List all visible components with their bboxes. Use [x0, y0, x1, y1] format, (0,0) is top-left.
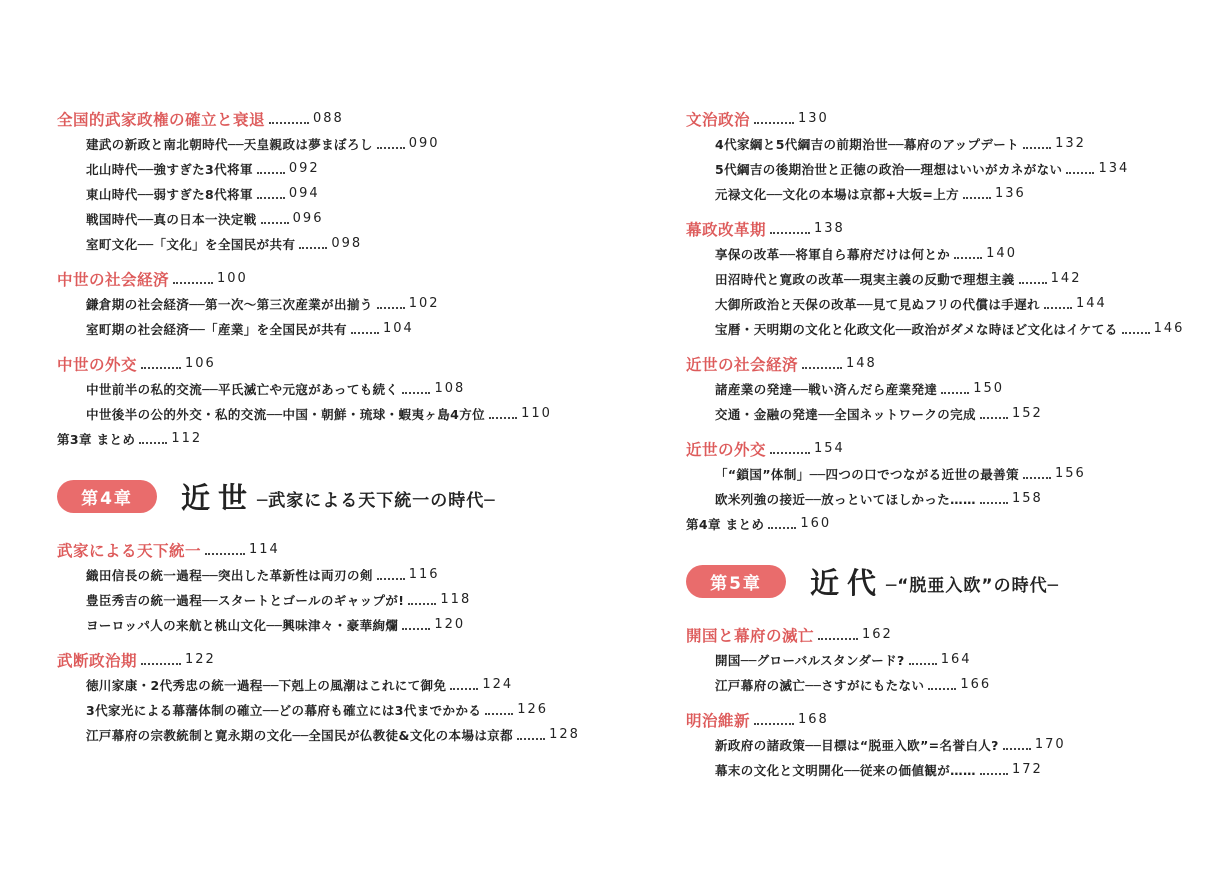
- item-title: 鎌倉期の社会経済──第一次〜第三次産業が出揃う: [86, 295, 373, 313]
- page-number: 160: [800, 516, 831, 531]
- page-number: 102: [409, 296, 440, 311]
- toc-item-row: 建武の新政と南北朝時代──天皇親政は夢まぼろし 090: [57, 131, 686, 156]
- chapter-heading-row: 第5章 近代 ─“脱亜入欧”の時代─: [686, 550, 1224, 612]
- page-number: 120: [434, 617, 465, 632]
- item-title: ヨーロッパ人の来航と桃山文化──興味津々・豪華絢爛: [86, 616, 398, 634]
- item-title: 4代家綱と5代綱吉の前期治世──幕府のアップデート: [715, 135, 1019, 153]
- section-title: 武断政治期: [57, 649, 137, 671]
- section-title: 中世の社会経済: [57, 268, 169, 290]
- toc-section-row: 中世の社会経済 100: [57, 266, 686, 291]
- page-number: 136: [995, 186, 1026, 201]
- item-title: 田沼時代と寛政の改革──現実主義の反動で理想主義: [715, 270, 1015, 288]
- dotted-leader: [489, 417, 517, 419]
- chapter-heading-row: 第4章 近世 ─武家による天下統一の時代─: [57, 465, 686, 527]
- section-title: 近世の社会経済: [686, 353, 798, 375]
- page-number: 138: [814, 221, 845, 236]
- item-title: 元禄文化──文化の本場は京都+大坂=上方: [715, 185, 959, 203]
- dotted-leader: [139, 442, 167, 444]
- toc-column-right: 文治政治 130 4代家綱と5代綱吉の前期治世──幕府のアップデート 132 5…: [686, 96, 1224, 782]
- dotted-leader: [377, 578, 405, 580]
- toc-item-row: 5代綱吉の後期治世と正徳の政治──理想はいいがカネがない 134: [686, 156, 1224, 181]
- dotted-leader: [1019, 282, 1047, 284]
- dotted-leader: [1122, 332, 1150, 334]
- section-title: 近世の外交: [686, 438, 766, 460]
- toc-section-row: 明治維新 168: [686, 707, 1224, 732]
- item-title: 宝暦・天明期の文化と化政文化──政治がダメな時ほど文化はイケてる: [715, 320, 1118, 338]
- dotted-leader: [963, 197, 991, 199]
- dotted-leader: [1044, 307, 1072, 309]
- toc-item-row: 宝暦・天明期の文化と化政文化──政治がダメな時ほど文化はイケてる 146: [686, 316, 1224, 341]
- page-number: 116: [409, 567, 440, 582]
- toc-section-row: 開国と幕府の滅亡 162: [686, 622, 1224, 647]
- dotted-leader: [768, 527, 796, 529]
- toc-summary-row: 第3章 まとめ 112: [57, 426, 686, 451]
- toc-item-row: 東山時代──弱すぎた8代将軍 094: [57, 181, 686, 206]
- item-title: 新政府の諸政策──目標は“脱亜入欧”=名誉白人?: [715, 736, 999, 754]
- item-title: 「“鎖国”体制」──四つの口でつながる近世の最善策: [715, 465, 1019, 483]
- dotted-leader: [408, 603, 436, 605]
- toc-item-row: 鎌倉期の社会経済──第一次〜第三次産業が出揃う 102: [57, 291, 686, 316]
- page-number: 164: [941, 652, 972, 667]
- item-title: 交通・金融の発達──全国ネットワークの完成: [715, 405, 976, 423]
- dotted-leader: [377, 147, 405, 149]
- page-number: 134: [1098, 161, 1129, 176]
- page-number: 166: [960, 677, 991, 692]
- page-number: 156: [1055, 466, 1086, 481]
- toc-section-row: 幕政改革期 138: [686, 216, 1224, 241]
- toc-item-row: 開国──グローバルスタンダード? 164: [686, 647, 1224, 672]
- section-title: 明治維新: [686, 709, 750, 731]
- page-number: 130: [798, 111, 829, 126]
- page-number: 144: [1076, 296, 1107, 311]
- dotted-leader: [941, 392, 969, 394]
- dotted-leader: [1023, 477, 1051, 479]
- dotted-leader: [928, 688, 956, 690]
- page-number: 100: [217, 271, 248, 286]
- toc-item-row: 4代家綱と5代綱吉の前期治世──幕府のアップデート 132: [686, 131, 1224, 156]
- page-number: 098: [331, 236, 362, 251]
- toc-section-row: 中世の外交 106: [57, 351, 686, 376]
- toc-item-row: ヨーロッパ人の来航と桃山文化──興味津々・豪華絢爛 120: [57, 612, 686, 637]
- dotted-leader: [980, 773, 1008, 775]
- page-number: 168: [798, 712, 829, 727]
- dotted-leader: [257, 197, 285, 199]
- toc-section-row: 近世の社会経済 148: [686, 351, 1224, 376]
- toc-page: 全国的武家政権の確立と衰退 088 建武の新政と南北朝時代──天皇親政は夢まぼろ…: [0, 0, 1224, 782]
- section-title: 武家による天下統一: [57, 539, 201, 561]
- section-title: 幕政改革期: [686, 218, 766, 240]
- page-number: 104: [383, 321, 414, 336]
- dotted-leader: [754, 122, 794, 124]
- chapter-title: 近代: [810, 561, 884, 602]
- toc-item-row: 室町期の社会経済──「産業」を全国民が共有 104: [57, 316, 686, 341]
- page-number: 172: [1012, 762, 1043, 777]
- page-number: 152: [1012, 406, 1043, 421]
- page-number: 124: [482, 677, 513, 692]
- dotted-leader: [257, 172, 285, 174]
- page-number: 158: [1012, 491, 1043, 506]
- item-title: 大御所政治と天保の改革──見て見ぬフリの代償は手遅れ: [715, 295, 1040, 313]
- toc-item-row: 室町文化──「文化」を全国民が共有 098: [57, 231, 686, 256]
- page-number: 092: [289, 161, 320, 176]
- item-title: 享保の改革──将軍自ら幕府だけは何とか: [715, 245, 950, 263]
- dotted-leader: [377, 307, 405, 309]
- toc-item-row: 享保の改革──将軍自ら幕府だけは何とか 140: [686, 241, 1224, 266]
- item-title: 欧米列強の接近──放っといてほしかった……: [715, 490, 976, 508]
- chapter-badge-label: 第5章: [710, 569, 762, 594]
- item-title: 3代家光による幕藩体制の確立──どの幕府も確立には3代までかかる: [86, 701, 481, 719]
- dotted-leader: [909, 663, 937, 665]
- toc-section-row: 全国的武家政権の確立と衰退 088: [57, 106, 686, 131]
- item-title: 豊臣秀吉の統一過程──スタートとゴールのギャップが!: [86, 591, 404, 609]
- toc-item-row: 田沼時代と寛政の改革──現実主義の反動で理想主義 142: [686, 266, 1224, 291]
- page-number: 162: [862, 627, 893, 642]
- section-title: 開国と幕府の滅亡: [686, 624, 814, 646]
- toc-item-row: 江戸幕府の宗教統制と寛永期の文化──全国民が仏教徒&文化の本場は京都 128: [57, 722, 686, 747]
- toc-item-row: 「“鎖国”体制」──四つの口でつながる近世の最善策 156: [686, 461, 1224, 486]
- dotted-leader: [402, 392, 430, 394]
- toc-item-row: 幕末の文化と文明開化──従来の価値観が…… 172: [686, 757, 1224, 782]
- page-number: 114: [249, 542, 280, 557]
- dotted-leader: [141, 663, 181, 665]
- section-title: 中世の外交: [57, 353, 137, 375]
- page-number: 142: [1051, 271, 1082, 286]
- dotted-leader: [141, 367, 181, 369]
- toc-item-row: 江戸幕府の滅亡──さすがにもたない 166: [686, 672, 1224, 697]
- page-number: 154: [814, 441, 845, 456]
- dotted-leader: [802, 367, 842, 369]
- toc-item-row: 中世前半の私的交流──平氏滅亡や元寇があっても続く 108: [57, 376, 686, 401]
- toc-item-row: 3代家光による幕藩体制の確立──どの幕府も確立には3代までかかる 126: [57, 697, 686, 722]
- toc-section-row: 武家による天下統一 114: [57, 537, 686, 562]
- page-number: 088: [313, 111, 344, 126]
- toc-item-row: 北山時代──強すぎた3代将軍 092: [57, 156, 686, 181]
- toc-item-row: 諸産業の発達──戦い済んだら産業発達 150: [686, 376, 1224, 401]
- item-title: 戦国時代──真の日本一決定戦: [86, 210, 257, 228]
- dotted-leader: [754, 723, 794, 725]
- page-number: 148: [846, 356, 877, 371]
- toc-item-row: 元禄文化──文化の本場は京都+大坂=上方 136: [686, 181, 1224, 206]
- dotted-leader: [269, 122, 309, 124]
- dotted-leader: [770, 452, 810, 454]
- page-number: 090: [409, 136, 440, 151]
- item-title: 室町文化──「文化」を全国民が共有: [86, 235, 295, 253]
- item-title: 東山時代──弱すぎた8代将軍: [86, 185, 253, 203]
- dotted-leader: [261, 222, 289, 224]
- item-title: 建武の新政と南北朝時代──天皇親政は夢まぼろし: [86, 135, 373, 153]
- page-number: 108: [434, 381, 465, 396]
- section-title: 文治政治: [686, 108, 750, 130]
- page-number: 150: [973, 381, 1004, 396]
- toc-item-row: 豊臣秀吉の統一過程──スタートとゴールのギャップが! 118: [57, 587, 686, 612]
- item-title: 江戸幕府の宗教統制と寛永期の文化──全国民が仏教徒&文化の本場は京都: [86, 726, 513, 744]
- dotted-leader: [1023, 147, 1051, 149]
- chapter-title: 近世: [181, 476, 255, 517]
- dotted-leader: [517, 738, 545, 740]
- item-title: 開国──グローバルスタンダード?: [715, 651, 905, 669]
- item-title: 室町期の社会経済──「産業」を全国民が共有: [86, 320, 347, 338]
- toc-item-row: 欧米列強の接近──放っといてほしかった…… 158: [686, 486, 1224, 511]
- item-title: 中世前半の私的交流──平氏滅亡や元寇があっても続く: [86, 380, 398, 398]
- page-number: 146: [1154, 321, 1185, 336]
- dotted-leader: [954, 257, 982, 259]
- dotted-leader: [770, 232, 810, 234]
- page-number: 140: [986, 246, 1017, 261]
- chapter-subtitle: ─“脱亜入欧”の時代─: [886, 567, 1059, 596]
- chapter-badge: 第4章: [57, 480, 157, 513]
- section-title: 全国的武家政権の確立と衰退: [57, 108, 265, 130]
- chapter-badge: 第5章: [686, 565, 786, 598]
- page-number: 118: [440, 592, 471, 607]
- dotted-leader: [205, 553, 245, 555]
- dotted-leader: [351, 332, 379, 334]
- item-title: 江戸幕府の滅亡──さすがにもたない: [715, 676, 924, 694]
- item-title: 諸産業の発達──戦い済んだら産業発達: [715, 380, 937, 398]
- dotted-leader: [299, 247, 327, 249]
- item-title: 中世後半の公的外交・私的交流──中国・朝鮮・琉球・蝦夷ヶ島4方位: [86, 405, 485, 423]
- item-title: 織田信長の統一過程──突出した革新性は両刃の剣: [86, 566, 373, 584]
- dotted-leader: [1066, 172, 1094, 174]
- summary-title: 第4章 まとめ: [686, 515, 764, 533]
- toc-item-row: 大御所政治と天保の改革──見て見ぬフリの代償は手遅れ 144: [686, 291, 1224, 316]
- toc-section-row: 武断政治期 122: [57, 647, 686, 672]
- chapter-subtitle: ─武家による天下統一の時代─: [257, 482, 495, 511]
- toc-item-row: 戦国時代──真の日本一決定戦 096: [57, 206, 686, 231]
- page-number: 122: [185, 652, 216, 667]
- dotted-leader: [1003, 748, 1031, 750]
- page-number: 170: [1035, 737, 1066, 752]
- page-number: 110: [521, 406, 552, 421]
- toc-item-row: 徳川家康・2代秀忠の統一過程──下剋上の風潮はこれにて御免 124: [57, 672, 686, 697]
- page-number: 132: [1055, 136, 1086, 151]
- toc-section-row: 文治政治 130: [686, 106, 1224, 131]
- page-number: 128: [549, 727, 580, 742]
- toc-item-row: 中世後半の公的外交・私的交流──中国・朝鮮・琉球・蝦夷ヶ島4方位 110: [57, 401, 686, 426]
- chapter-badge-label: 第4章: [81, 484, 133, 509]
- summary-title: 第3章 まとめ: [57, 430, 135, 448]
- page-number: 106: [185, 356, 216, 371]
- page-number: 094: [289, 186, 320, 201]
- dotted-leader: [450, 688, 478, 690]
- toc-column-left: 全国的武家政権の確立と衰退 088 建武の新政と南北朝時代──天皇親政は夢まぼろ…: [0, 96, 686, 782]
- toc-item-row: 交通・金融の発達──全国ネットワークの完成 152: [686, 401, 1224, 426]
- item-title: 幕末の文化と文明開化──従来の価値観が……: [715, 761, 976, 779]
- page-number: 112: [171, 431, 202, 446]
- item-title: 徳川家康・2代秀忠の統一過程──下剋上の風潮はこれにて御免: [86, 676, 446, 694]
- toc-item-row: 織田信長の統一過程──突出した革新性は両刃の剣 116: [57, 562, 686, 587]
- dotted-leader: [173, 282, 213, 284]
- item-title: 5代綱吉の後期治世と正徳の政治──理想はいいがカネがない: [715, 160, 1062, 178]
- dotted-leader: [818, 638, 858, 640]
- toc-section-row: 近世の外交 154: [686, 436, 1224, 461]
- dotted-leader: [980, 502, 1008, 504]
- page-number: 096: [293, 211, 324, 226]
- dotted-leader: [980, 417, 1008, 419]
- toc-summary-row: 第4章 まとめ 160: [686, 511, 1224, 536]
- item-title: 北山時代──強すぎた3代将軍: [86, 160, 253, 178]
- page-number: 126: [517, 702, 548, 717]
- dotted-leader: [402, 628, 430, 630]
- dotted-leader: [485, 713, 513, 715]
- toc-item-row: 新政府の諸政策──目標は“脱亜入欧”=名誉白人? 170: [686, 732, 1224, 757]
